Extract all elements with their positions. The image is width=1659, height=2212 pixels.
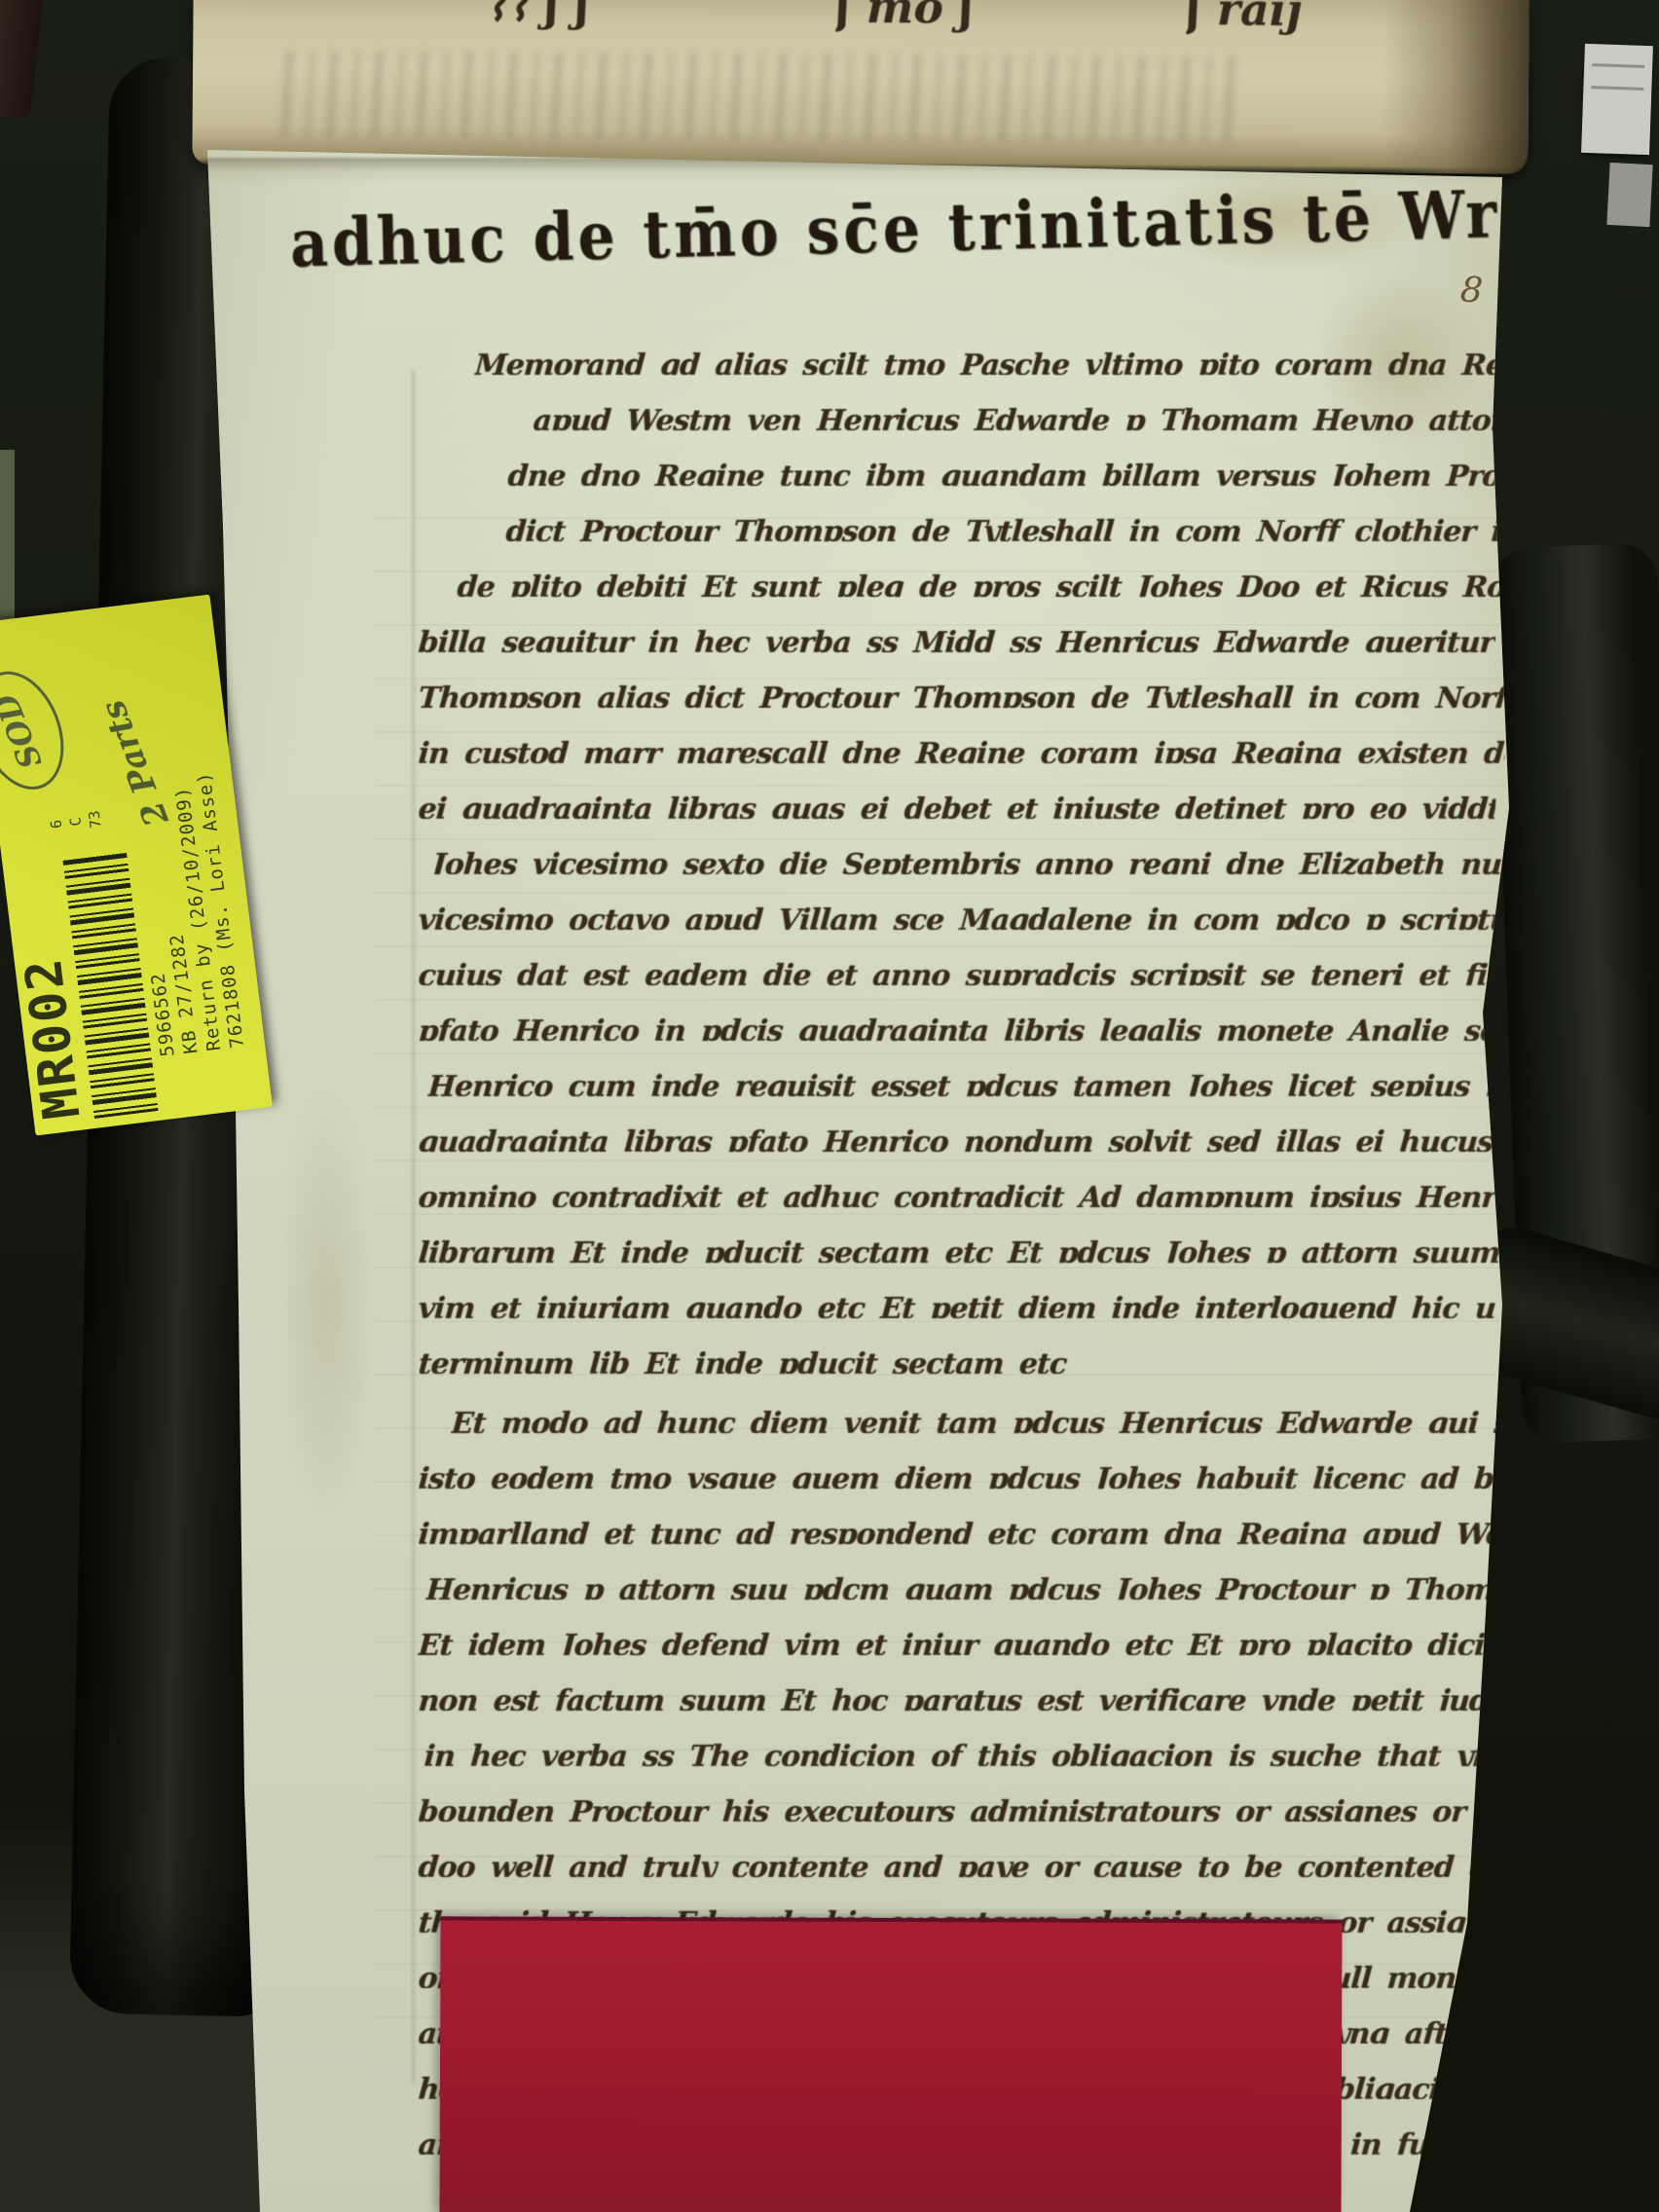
background-paper-tag-lower xyxy=(1606,163,1652,227)
manuscript-line: cuius dat est eadem die et anno supradci… xyxy=(418,959,1496,985)
sticker-circled-note: SOD xyxy=(0,659,80,802)
manuscript-line: de plito debiti Et sunt pleg de pros sci… xyxy=(457,571,1506,597)
manuscript-line: Et modo ad hunc diem venit tam pdcus Hen… xyxy=(451,1407,1506,1433)
manuscript-line: in hec verba ss The condicion of this ob… xyxy=(424,1740,1506,1766)
manuscript-line: Et idem Johes defend vim et iniur quando… xyxy=(418,1629,1506,1655)
sticker-column-line-2: C xyxy=(65,812,87,831)
manuscript-line: vicesimo octavo apud Villam sce Magdalen… xyxy=(418,903,1506,930)
manuscript-line: terminum lib Et inde pducit sectam etc xyxy=(418,1347,1506,1374)
manuscript-line: bounden Proctour his executours administ… xyxy=(418,1795,1506,1822)
paper-tag-line xyxy=(1592,63,1644,68)
archive-sticker-wrap: MR002 5966562 KB 27/1282 Return by (26/1… xyxy=(0,631,245,1100)
sticker-column-line-1: 6 xyxy=(46,814,67,833)
sticker-small-column: 6 C 73 xyxy=(46,809,106,833)
paper-tag-line xyxy=(1591,86,1643,91)
manuscript-line: Thompson alias dict Proctour Thompson de… xyxy=(418,682,1506,708)
manuscript-line: doo well and truly contente and paye or … xyxy=(418,1851,1496,1877)
leather-strap-top-left xyxy=(0,0,44,119)
manuscript-line: non est factum suum Et hoc paratus est v… xyxy=(418,1684,1496,1711)
cut-off-script-strokes: ⌇⌇ ʃ ʃ xyxy=(485,0,738,38)
manuscript-line: quadraginta libras pfato Henrico nondum … xyxy=(418,1125,1496,1152)
manuscript-line: apud Westm ven Henricus Edwarde p Thomam… xyxy=(533,404,1506,430)
manuscript-line: billa sequitur in hec verba ss Midd ss H… xyxy=(418,626,1496,652)
manuscript-line: pfato Henrico in pdcis quadraginta libri… xyxy=(418,1014,1506,1041)
sticker-parts-note: 2 Parts xyxy=(93,695,177,831)
manuscript-membrane: adhuc de tm̄o sc̄e trinitatis tē Wray 8… xyxy=(200,136,1509,2212)
manuscript-line: omnino contradixit et adhuc contradicit … xyxy=(418,1181,1506,1207)
manuscript-line: ei quadraginta libras quas ei debet et i… xyxy=(418,793,1496,819)
manuscript-body: Memorand qd alias scilt tmo Pasche vltim… xyxy=(419,349,1505,2184)
parchment-stain xyxy=(258,1013,394,1597)
background-paper-tag xyxy=(1581,44,1653,155)
vertical-crease xyxy=(412,370,415,2083)
manuscript-line: vim et iniuriam quando etc Et petit diem… xyxy=(418,1292,1496,1318)
manuscript-line: librarum Et inde pducit sectam etc Et pd… xyxy=(418,1236,1506,1263)
cut-off-script-strokes: ʃ mo ʃ xyxy=(835,0,1157,41)
manuscript-line: in custod marr marescall dne Regine cora… xyxy=(418,737,1506,763)
parchment-roll: ⌇⌇ ʃ ʃ ʃ mo ʃ ʃ raij xyxy=(192,0,1529,174)
membrane-number: 8 xyxy=(1459,270,1485,311)
cut-off-script-strokes: ʃ raij xyxy=(1186,0,1478,43)
sticker-column-line-3: 73 xyxy=(85,809,106,829)
manuscript-line: Johes vicesimo sexto die Septembris anno… xyxy=(431,848,1506,874)
manuscript-line: Memorand qd alias scilt tmo Pasche vltim… xyxy=(474,349,1506,375)
manuscript-line: dict Proctour Thompson de Tytleshall in … xyxy=(505,515,1506,541)
manuscript-line: Henricus p attorn suu pdcm quam pdcus Jo… xyxy=(425,1573,1506,1600)
archive-sticker: MR002 5966562 KB 27/1282 Return by (26/1… xyxy=(0,595,273,1136)
manuscript-line: imparlland et tunc ad respondend etc cor… xyxy=(418,1518,1496,1544)
manuscript-line: isto eodem tmo vsque quem diem pdcus Joh… xyxy=(418,1462,1506,1489)
photograph-of-plea-roll: ⌇⌇ ʃ ʃ ʃ mo ʃ ʃ raij adhuc de tm̄o sc̄e … xyxy=(0,0,1659,2212)
manuscript-line: dne dno Regine tunc ibm quandam billam v… xyxy=(507,460,1496,486)
red-cover-slip xyxy=(439,1916,1342,2212)
manuscript-line: Henrico cum inde requisit esset pdcus ta… xyxy=(427,1070,1506,1096)
show-through-writing xyxy=(271,51,1245,143)
